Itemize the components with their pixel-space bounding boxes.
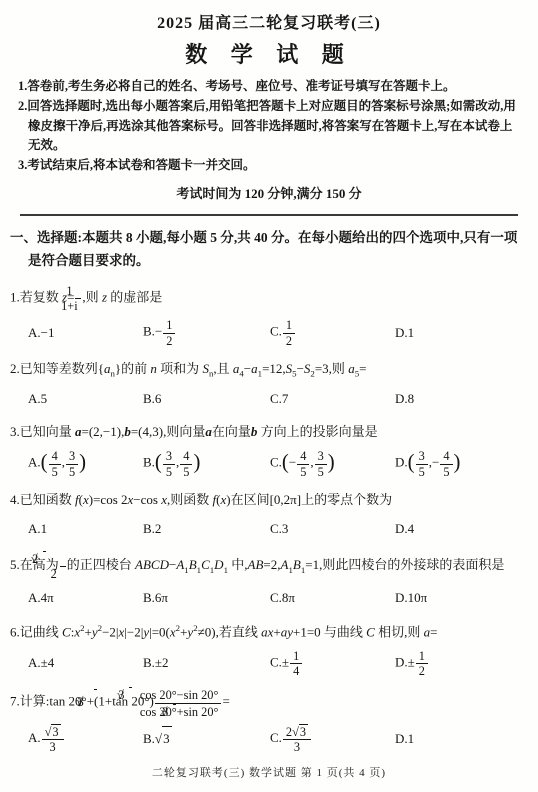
question-option: A.(45,35) <box>28 449 143 478</box>
question-option: B.√3 <box>143 726 270 752</box>
question-options: A.1 B.2 C.3 D.4 <box>28 517 520 542</box>
question-option: B.(35,45) <box>143 449 270 478</box>
question-option: C.2√33 <box>270 724 395 754</box>
instruction-item: 1.答卷前,考生务必将自己的姓名、考场号、座位号、准考证号填写在答题卡上。 <box>18 77 518 97</box>
question-stem: 4.已知函数 f(x)=cos 2x−cos x,则函数 f(x)在区间[0,2… <box>10 488 520 512</box>
question-option: D.±12 <box>395 649 520 678</box>
question-option: C.±14 <box>270 649 395 678</box>
question-option: D.1 <box>395 727 520 752</box>
question-stem: 7.计算:tan 20°+(1+√3tan 20°)√3cos 20°−sin … <box>10 687 520 718</box>
question-option: A.±4 <box>28 651 143 676</box>
question-options: A.√33 B.√3 C.2√33 D.1 <box>28 724 520 754</box>
question-stem: 1.若复数 z=11+i,则 z 的虚部是 <box>10 284 520 313</box>
question-options: A.−1 B.−12 C.12 D.1 <box>28 318 520 347</box>
question: 3.已知向量 a=(2,−1),b=(4,3),则向量a在向量b 方向上的投影向… <box>10 420 520 478</box>
question-option: A.1 <box>28 517 143 542</box>
question-options: A.5 B.6 C.7 D.8 <box>28 387 520 412</box>
question-option: C.12 <box>270 318 395 347</box>
questions: 1.若复数 z=11+i,则 z 的虚部是 A.−1 B.−12 C.12 D.… <box>10 275 520 754</box>
question-stem: 3.已知向量 a=(2,−1),b=(4,3),则向量a在向量b 方向上的投影向… <box>10 420 520 444</box>
exam-title: 2025 届高三二轮复习联考(三) <box>0 10 538 33</box>
question: 5.在高为√22的正四棱台 ABCD−A1B1C1D1 中,AB=2,A1B1=… <box>10 551 520 611</box>
question-options: A.4π B.6π C.8π D.10π <box>28 586 520 611</box>
exam-subject-title: 数 学 试 题 <box>0 38 538 69</box>
question-option: D.8 <box>395 387 520 412</box>
question: 6.记曲线 C:x2+y2−2|x|−2|y|=0(x2+y2≠0),若直线 a… <box>10 620 520 679</box>
section-header: 一、选择题:本题共 8 小题,每小题 5 分,共 40 分。在每小题给出的四个选… <box>10 226 518 273</box>
question: 1.若复数 z=11+i,则 z 的虚部是 A.−1 B.−12 C.12 D.… <box>10 284 520 348</box>
instruction-item: 2.回答选择题时,选出每小题答案后,用铅笔把答题卡上对应题目的答案标号涂黑;如需… <box>18 97 518 156</box>
question-options: A.±4 B.±2 C.±14 D.±12 <box>28 649 520 678</box>
question-option: C.8π <box>270 586 395 611</box>
question-option: A.−1 <box>28 321 143 346</box>
instructions-block: 1.答卷前,考生务必将自己的姓名、考场号、座位号、准考证号填写在答题卡上。 2.… <box>18 77 518 176</box>
question-options: A.(45,35) B.(35,45) C.(−45,35) D.(35,−45… <box>28 449 520 478</box>
question-stem: 5.在高为√22的正四棱台 ABCD−A1B1C1D1 中,AB=2,A1B1=… <box>10 551 520 581</box>
question-option: B.±2 <box>143 651 270 676</box>
question-stem: 2.已知等差数列{an}的前 n 项和为 Sn,且 a4−a1=12,S5−S2… <box>10 357 520 382</box>
question: 2.已知等差数列{an}的前 n 项和为 Sn,且 a4−a1=12,S5−S2… <box>10 357 520 412</box>
question-option: B.−12 <box>143 318 270 347</box>
exam-paper-page: 2025 届高三二轮复习联考(三) 数 学 试 题 1.答卷前,考生务必将自己的… <box>0 0 538 792</box>
question-option: D.10π <box>395 586 520 611</box>
question: 7.计算:tan 20°+(1+√3tan 20°)√3cos 20°−sin … <box>10 687 520 754</box>
question-option: D.(35,−45) <box>395 449 520 478</box>
question-option: A.4π <box>28 586 143 611</box>
question-option: B.2 <box>143 517 270 542</box>
question-option: B.6 <box>143 387 270 412</box>
instruction-item: 3.考试结束后,将本试卷和答题卡一并交回。 <box>18 156 518 176</box>
question-option: A.√33 <box>28 724 143 754</box>
question-option: C.3 <box>270 517 395 542</box>
page-footer: 二轮复习联考(三) 数学试题 第 1 页(共 4 页) <box>0 754 538 788</box>
question-option: A.5 <box>28 387 143 412</box>
question-option: C.7 <box>270 387 395 412</box>
exam-duration-line: 考试时间为 120 分钟,满分 150 分 <box>0 183 538 202</box>
question-option: D.1 <box>395 321 520 346</box>
question-stem: 6.记曲线 C:x2+y2−2|x|−2|y|=0(x2+y2≠0),若直线 a… <box>10 620 520 644</box>
section-divider <box>20 214 518 216</box>
question-option: D.4 <box>395 517 520 542</box>
question-option: B.6π <box>143 586 270 611</box>
question: 4.已知函数 f(x)=cos 2x−cos x,则函数 f(x)在区间[0,2… <box>10 488 520 542</box>
question-option: C.(−45,35) <box>270 449 395 478</box>
